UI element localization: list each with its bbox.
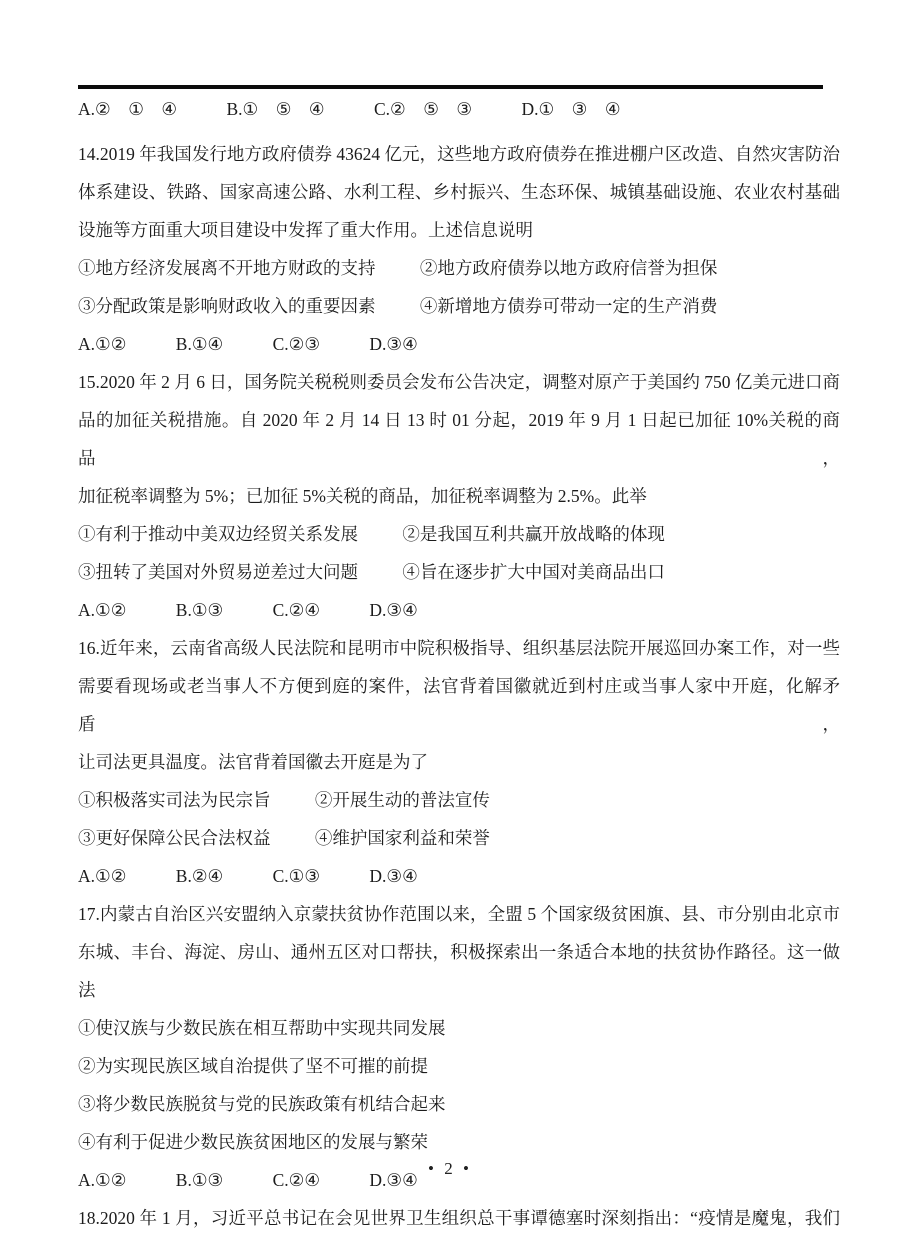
- option-item: ②为实现民族区域自治提供了坚不可摧的前提: [78, 1056, 428, 1076]
- page-content: A.② ① ④ B.① ⑤ ④ C.② ⑤ ③ D.① ③ ④ 14.2019 …: [78, 90, 840, 1237]
- header-rule: [78, 85, 823, 89]
- question-stem-line: 体系建设、铁路、国家高速公路、水利工程、乡村振兴、生态环保、城镇基础设施、农业农…: [78, 173, 840, 211]
- answer-row: A.①② B.①④ C.②③ D.③④: [78, 325, 840, 363]
- question-stem-line: 品的加征关税措施。自 2020 年 2 月 14 日 13 时 01 分起，20…: [78, 401, 840, 477]
- exam-scan-page: A.② ① ④ B.① ⑤ ④ C.② ⑤ ③ D.① ③ ④ 14.2019 …: [0, 0, 900, 1246]
- answer-choice-c: C.②③: [273, 334, 320, 354]
- option-item: ③将少数民族脱贫与党的民族政策有机结合起来: [78, 1094, 446, 1114]
- option-item: ①使汉族与少数民族在相互帮助中实现共同发展: [78, 1018, 446, 1038]
- answer-choice-b: B.①④: [176, 334, 223, 354]
- question-stem-line: 14.2019 年我国发行地方政府债券 43624 亿元，这些地方政府债券在推进…: [78, 135, 840, 173]
- option-item: ③分配政策是影响财政收入的重要因素: [78, 296, 376, 316]
- answer-choice-b: B.②④: [176, 866, 223, 886]
- option-row: ①使汉族与少数民族在相互帮助中实现共同发展: [78, 1009, 840, 1047]
- question-stem-line: 法: [78, 971, 840, 1009]
- option-row: ①积极落实司法为民宗旨 ②开展生动的普法宣传: [78, 781, 840, 819]
- option-row: ③将少数民族脱贫与党的民族政策有机结合起来: [78, 1085, 840, 1123]
- option-item: ④新增地方债券可带动一定的生产消费: [420, 296, 718, 316]
- answer-row: A.①② B.②④ C.①③ D.③④: [78, 857, 840, 895]
- option-item: ②开展生动的普法宣传: [315, 790, 490, 810]
- option-row: ③更好保障公民合法权益 ④维护国家利益和荣誉: [78, 819, 840, 857]
- answer-choice-c: C.②④: [273, 600, 320, 620]
- option-item: ④有利于促进少数民族贫困地区的发展与繁荣: [78, 1132, 428, 1152]
- option-item: ①有利于推动中美双边经贸关系发展: [78, 524, 358, 544]
- option-row: ②为实现民族区域自治提供了坚不可摧的前提: [78, 1047, 840, 1085]
- question-stem-line: 东城、丰台、海淀、房山、通州五区对口帮扶，积极探索出一条适合本地的扶贫协作路径。…: [78, 933, 840, 971]
- option-row: ①地方经济发展离不开地方财政的支持 ②地方政府债券以地方政府信誉为担保: [78, 249, 840, 287]
- answer-choice-b: B.①③: [176, 600, 223, 620]
- answer-choice-d: D.③④: [369, 600, 417, 620]
- question-stem-line: 让司法更具温度。法官背着国徽去开庭是为了: [78, 743, 840, 781]
- option-row: ①有利于推动中美双边经贸关系发展 ②是我国互利共赢开放战略的体现: [78, 515, 840, 553]
- answer-group-a: A.② ① ④: [78, 99, 177, 119]
- question-18: 18.2020 年 1 月，习近平总书记在会见世界卫生组织总干事谭德塞时深刻指出…: [78, 1199, 840, 1237]
- answer-choice-a: A.①②: [78, 334, 126, 354]
- question-stem-line: 需要看现场或老当事人不方便到庭的案件，法官背着国徽就近到村庄或当事人家中开庭，化…: [78, 667, 840, 743]
- question-16: 16.近年来，云南省高级人民法院和昆明市中院积极指导、组织基层法院开展巡回办案工…: [78, 629, 840, 895]
- question-stem-line: 18.2020 年 1 月，习近平总书记在会见世界卫生组织总干事谭德塞时深刻指出…: [78, 1199, 840, 1237]
- carryover-answer-line: A.② ① ④ B.① ⑤ ④ C.② ⑤ ③ D.① ③ ④: [78, 90, 840, 128]
- answer-choice-d: D.③④: [369, 866, 417, 886]
- option-item: ④维护国家利益和荣誉: [315, 828, 490, 848]
- question-stem-line: 17.内蒙古自治区兴安盟纳入京蒙扶贫协作范围以来，全盟 5 个国家级贫困旗、县、…: [78, 895, 840, 933]
- answer-choice-d: D.③④: [369, 334, 417, 354]
- option-item: ④旨在逐步扩大中国对美商品出口: [402, 562, 665, 582]
- option-item: ②是我国互利共赢开放战略的体现: [402, 524, 665, 544]
- option-item: ③扭转了美国对外贸易逆差过大问题: [78, 562, 358, 582]
- option-item: ②地方政府债券以地方政府信誉为担保: [420, 258, 718, 278]
- answer-row: A.①② B.①③ C.②④ D.③④: [78, 591, 840, 629]
- answer-choice-a: A.①②: [78, 866, 126, 886]
- question-14: 14.2019 年我国发行地方政府债券 43624 亿元，这些地方政府债券在推进…: [78, 135, 840, 363]
- answer-choice-c: C.①③: [273, 866, 320, 886]
- answer-group-b: B.① ⑤ ④: [226, 99, 324, 119]
- page-number: • 2 •: [0, 1150, 900, 1188]
- option-item: ③更好保障公民合法权益: [78, 828, 271, 848]
- answer-choice-a: A.①②: [78, 600, 126, 620]
- answer-group-c: C.② ⑤ ③: [374, 99, 472, 119]
- question-stem-line: 16.近年来，云南省高级人民法院和昆明市中院积极指导、组织基层法院开展巡回办案工…: [78, 629, 840, 667]
- question-stem-line: 15.2020 年 2 月 6 日，国务院关税税则委员会发布公告决定，调整对原产…: [78, 363, 840, 401]
- answer-group-d: D.① ③ ④: [521, 99, 620, 119]
- question-15: 15.2020 年 2 月 6 日，国务院关税税则委员会发布公告决定，调整对原产…: [78, 363, 840, 629]
- question-stem-line: 加征税率调整为 5%；已加征 5%关税的商品，加征税率调整为 2.5%。此举: [78, 477, 840, 515]
- option-item: ①地方经济发展离不开地方财政的支持: [78, 258, 376, 278]
- option-row: ③分配政策是影响财政收入的重要因素 ④新增地方债券可带动一定的生产消费: [78, 287, 840, 325]
- question-stem-line: 设施等方面重大项目建设中发挥了重大作用。上述信息说明: [78, 211, 840, 249]
- option-row: ③扭转了美国对外贸易逆差过大问题 ④旨在逐步扩大中国对美商品出口: [78, 553, 840, 591]
- option-item: ①积极落实司法为民宗旨: [78, 790, 271, 810]
